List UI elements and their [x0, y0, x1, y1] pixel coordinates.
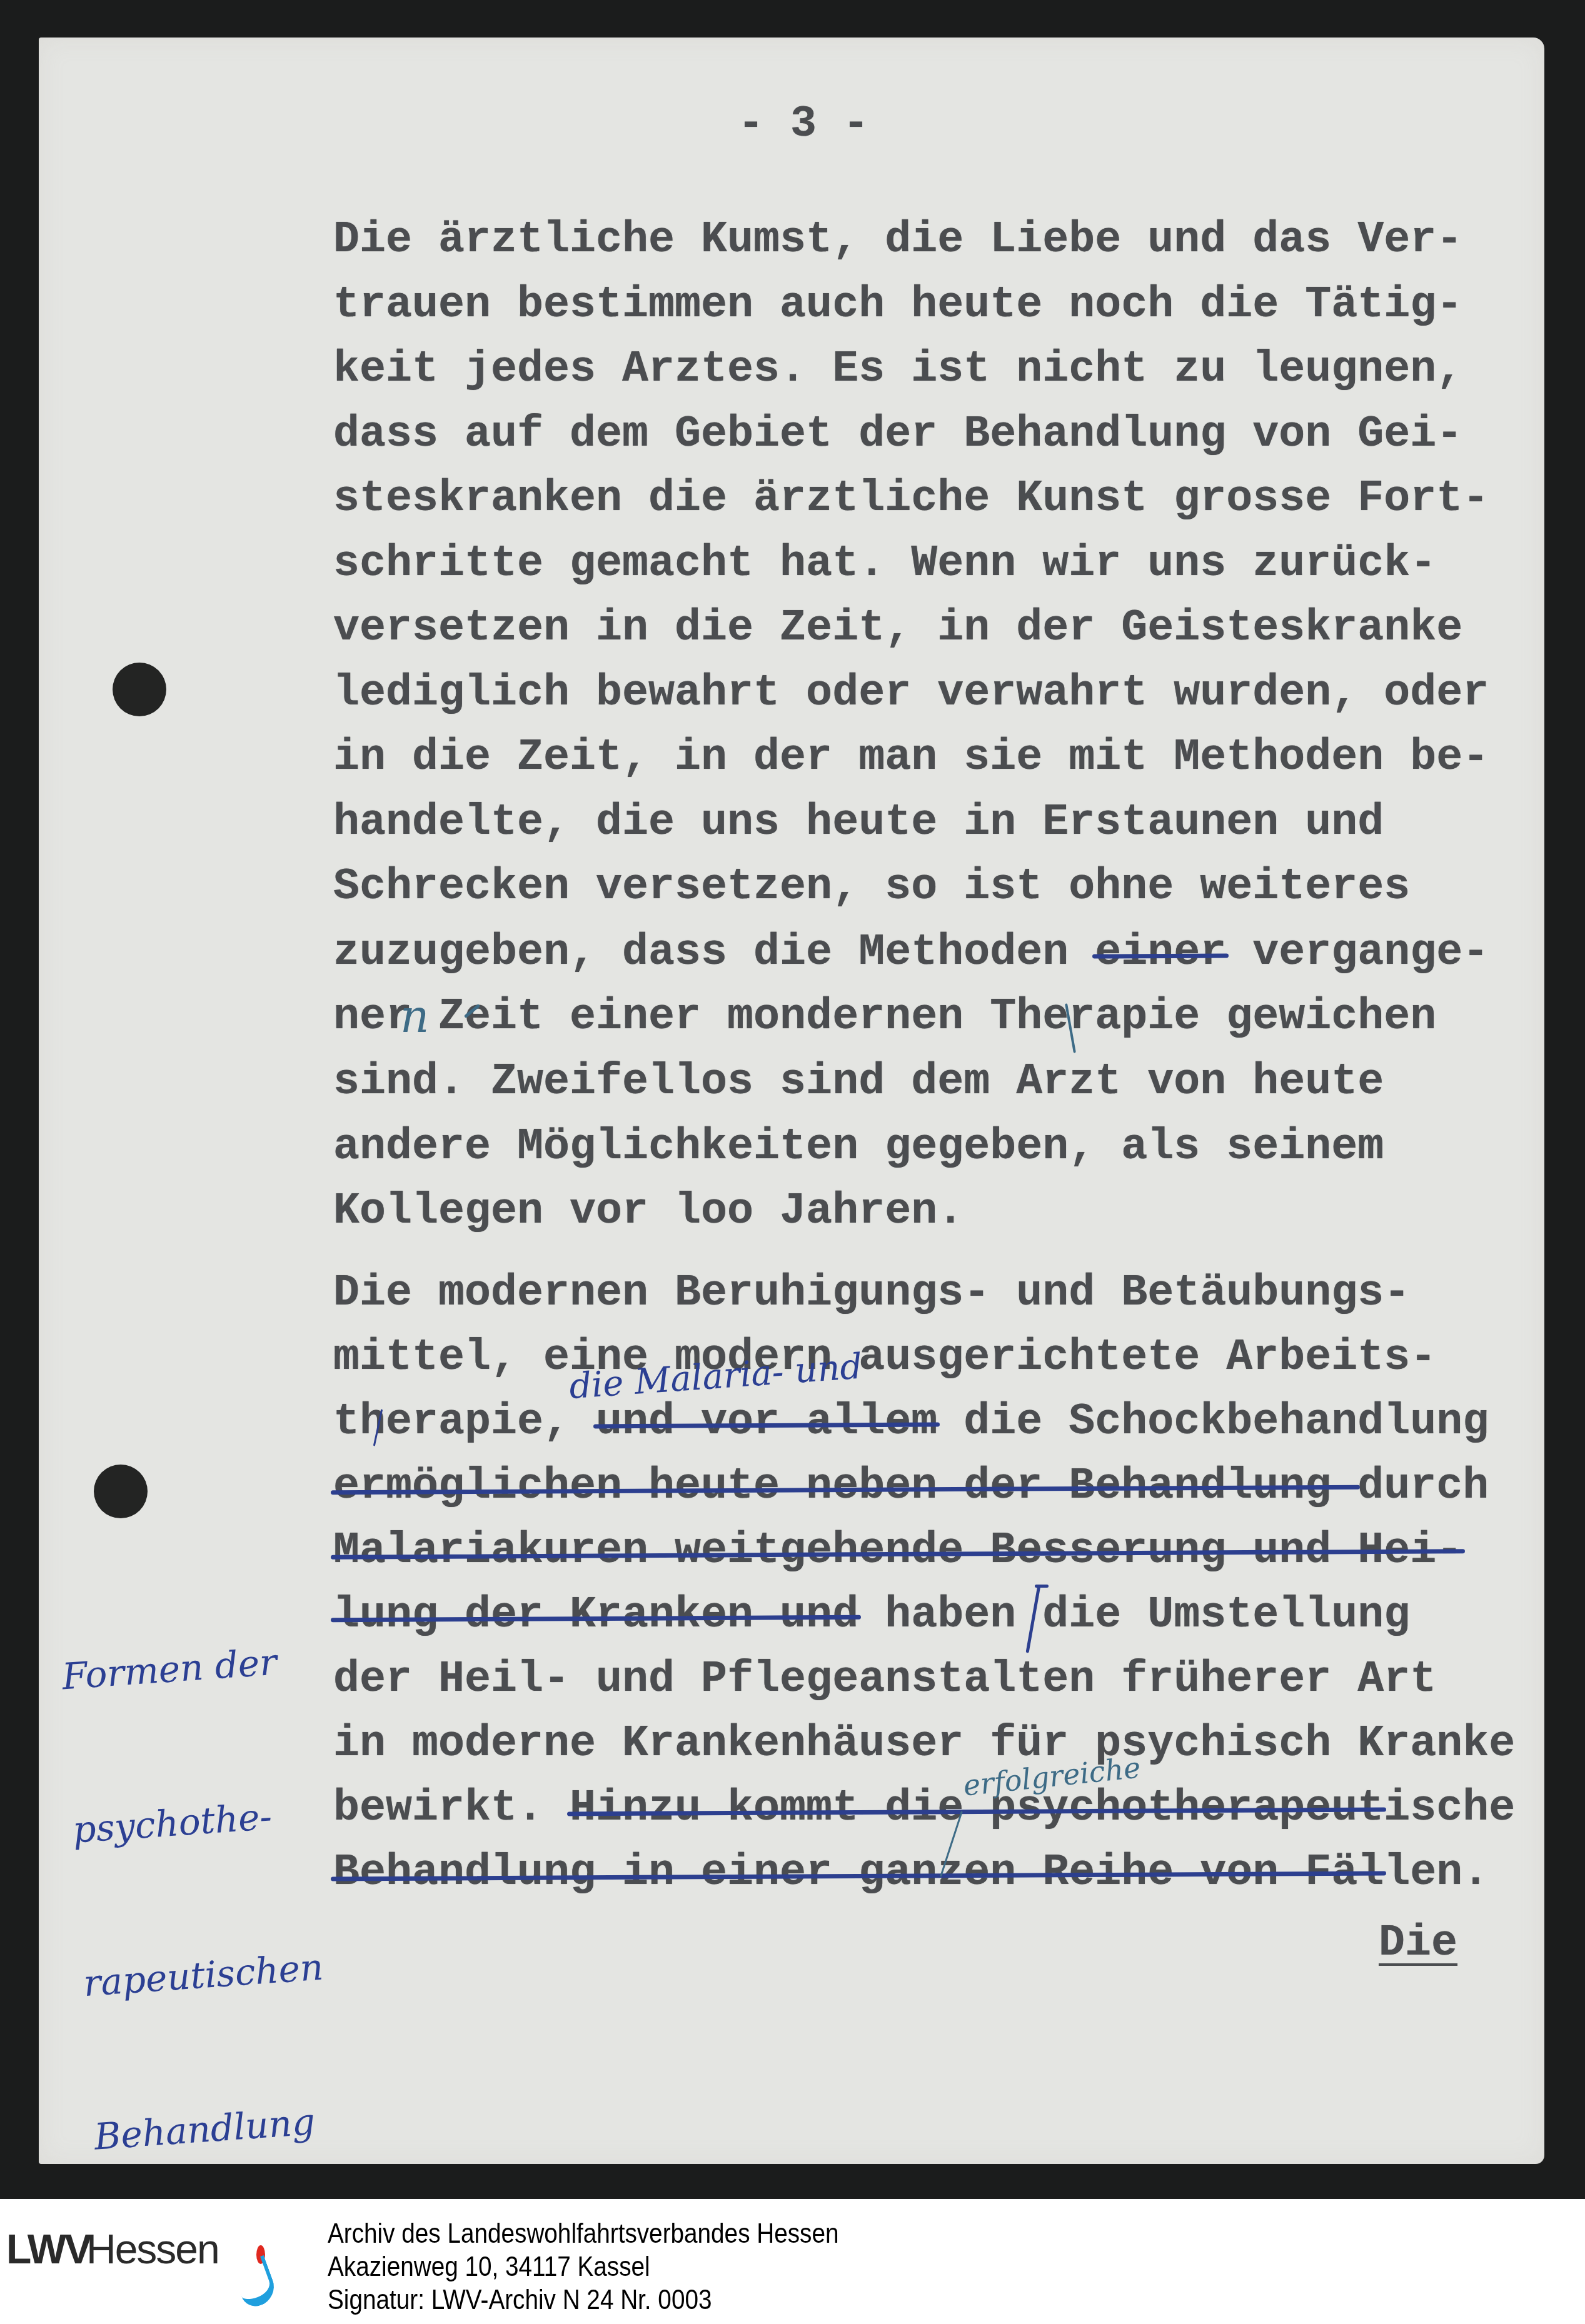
page-number: - 3 - [738, 103, 869, 147]
text-line: der Heil- und Pflegeanstalten früherer A… [333, 1658, 1436, 1702]
text-line: mittel, eine modern ausgerichtete Arbeit… [333, 1336, 1436, 1380]
handwritten-correction-n: n [400, 990, 429, 1043]
text-line: in die Zeit, in der man sie mit Methoden… [333, 736, 1489, 780]
punch-hole-upper [113, 663, 166, 716]
lwv-hessen-logo: LWV Hessen [6, 2225, 300, 2319]
archive-address: Akazienweg 10, 34117 Kassel [328, 2250, 838, 2283]
text-line: handelte, die uns heute in Erstaunen und [333, 801, 1384, 845]
text-line-corrected: ner Zeit einer mondernen Therapie gewich… [333, 996, 1436, 1039]
text-line: Die modernen Beruhigungs- und Betäubungs… [333, 1272, 1410, 1316]
text-line: Die ärztliche Kumst, die Liebe und das V… [333, 219, 1462, 263]
text-line: lediglich bewahrt oder verwahrt wurden, … [333, 672, 1489, 716]
struck-word: einer [1095, 928, 1226, 978]
text-line: sind. Zweifellos sind dem Arzt von heute [333, 1061, 1384, 1104]
handwritten-margin-note: Formen der psychothe- rapeutischen Behan… [53, 1532, 340, 2213]
text-line: versetzen in die Zeit, in der Geisteskra… [333, 607, 1462, 651]
text-line: andere Möglichkeiten gegeben, als seinem [333, 1126, 1384, 1170]
struck-text: und vor allem [596, 1398, 937, 1447]
logo-smile-arc [231, 2255, 279, 2311]
text-line: steskranken die ärztliche Kunst grosse F… [333, 478, 1489, 521]
text-line: in moderne Krankenhäuser für psychisch K… [333, 1723, 1515, 1766]
struck-text: ermöglichen heute neben der Behandlung [333, 1462, 1357, 1511]
text-line: Behandlung in einer ganzen Reihe von Fäl… [333, 1851, 1489, 1895]
text-line: zuzugeben, dass die Methoden einer verga… [333, 931, 1489, 975]
text-line: trauen bestimmen auch heute noch die Tät… [333, 284, 1462, 328]
text-line: therapie, und vor allem die Schockbehand… [333, 1401, 1489, 1445]
text-line: Kollegen vor loo Jahren. [333, 1190, 964, 1234]
text-line: Schrecken versetzen, so ist ohne weitere… [333, 866, 1410, 909]
text-line: schritte gemacht hat. Wenn wir uns zurüc… [333, 543, 1436, 586]
punch-hole-lower [94, 1465, 148, 1518]
struck-text: Behandlung in einer ganzen Reihe von Fäl [333, 1848, 1384, 1898]
archive-info: Archiv des Landeswohlfahrtsverbandes Hes… [328, 2216, 838, 2316]
text-line: dass auf dem Gebiet der Behandlung von G… [333, 413, 1462, 457]
archive-name: Archiv des Landeswohlfahrtsverbandes Hes… [328, 2216, 838, 2250]
text-line: keit jedes Arztes. Es ist nicht zu leugn… [333, 348, 1462, 392]
text-line: bewirkt. Hinzu kommt die psychotherapeut… [333, 1787, 1515, 1831]
insertion-slash-top [1035, 1585, 1049, 1588]
text-line: ermöglichen heute neben der Behandlung d… [333, 1465, 1489, 1509]
archive-signature: Signatur: LWV-Archiv N 24 Nr. 0003 [328, 2283, 838, 2316]
text-line: Malariakuren weitgehende Besserung und H… [333, 1530, 1462, 1573]
struck-text: lung der Kranken und [333, 1591, 858, 1640]
struck-text: Malariakuren weitgehende Besserung und H… [333, 1526, 1462, 1576]
catchword: Die [1379, 1922, 1457, 1966]
text-line: lung der Kranken und haben die Umstellun… [333, 1594, 1410, 1638]
